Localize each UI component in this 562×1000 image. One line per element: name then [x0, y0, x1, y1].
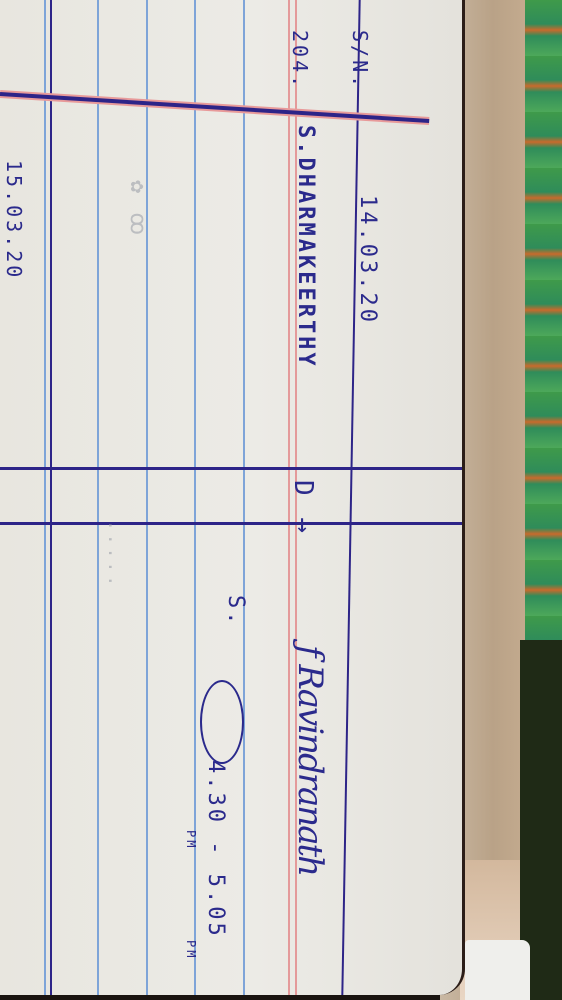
column-divider [341, 0, 360, 995]
register-page: ✿ ꝏ ····· S/N. 204. 14.03.20 S.DHARMAKEE… [0, 0, 465, 995]
initials: S. [223, 595, 248, 628]
time-start-suffix: PM [184, 830, 198, 850]
ruled-line [97, 0, 99, 995]
entry-arrow: D → [288, 480, 318, 536]
signature-loop [200, 680, 244, 764]
ruled-line [243, 0, 245, 995]
row-divider [0, 467, 462, 470]
ruled-line [44, 0, 46, 995]
faint-pencil-marks: ✿ ꝏ [125, 180, 150, 238]
next-entry-date: 15.03.20 [2, 160, 26, 280]
register-photo: ✿ ꝏ ····· S/N. 204. 14.03.20 S.DHARMAKEE… [0, 0, 562, 1000]
row-divider-red [0, 92, 429, 123]
ruled-line [146, 0, 148, 995]
serial-label: S/N. [348, 30, 372, 90]
column-divider [50, 0, 52, 995]
entry-date: 14.03.20 [355, 195, 380, 325]
torn-page-corner [465, 940, 530, 1000]
faint-pencil-marks: ····· [99, 520, 120, 589]
serial-number: 204. [288, 30, 312, 90]
row-divider [0, 522, 462, 525]
signature: ƒ Ravindranath [290, 645, 330, 875]
time-end-suffix: PM [184, 940, 198, 960]
time-range: 4.30 - 5.05 [203, 760, 228, 939]
visitor-name: S.DHARMAKEERTHY [293, 125, 318, 369]
